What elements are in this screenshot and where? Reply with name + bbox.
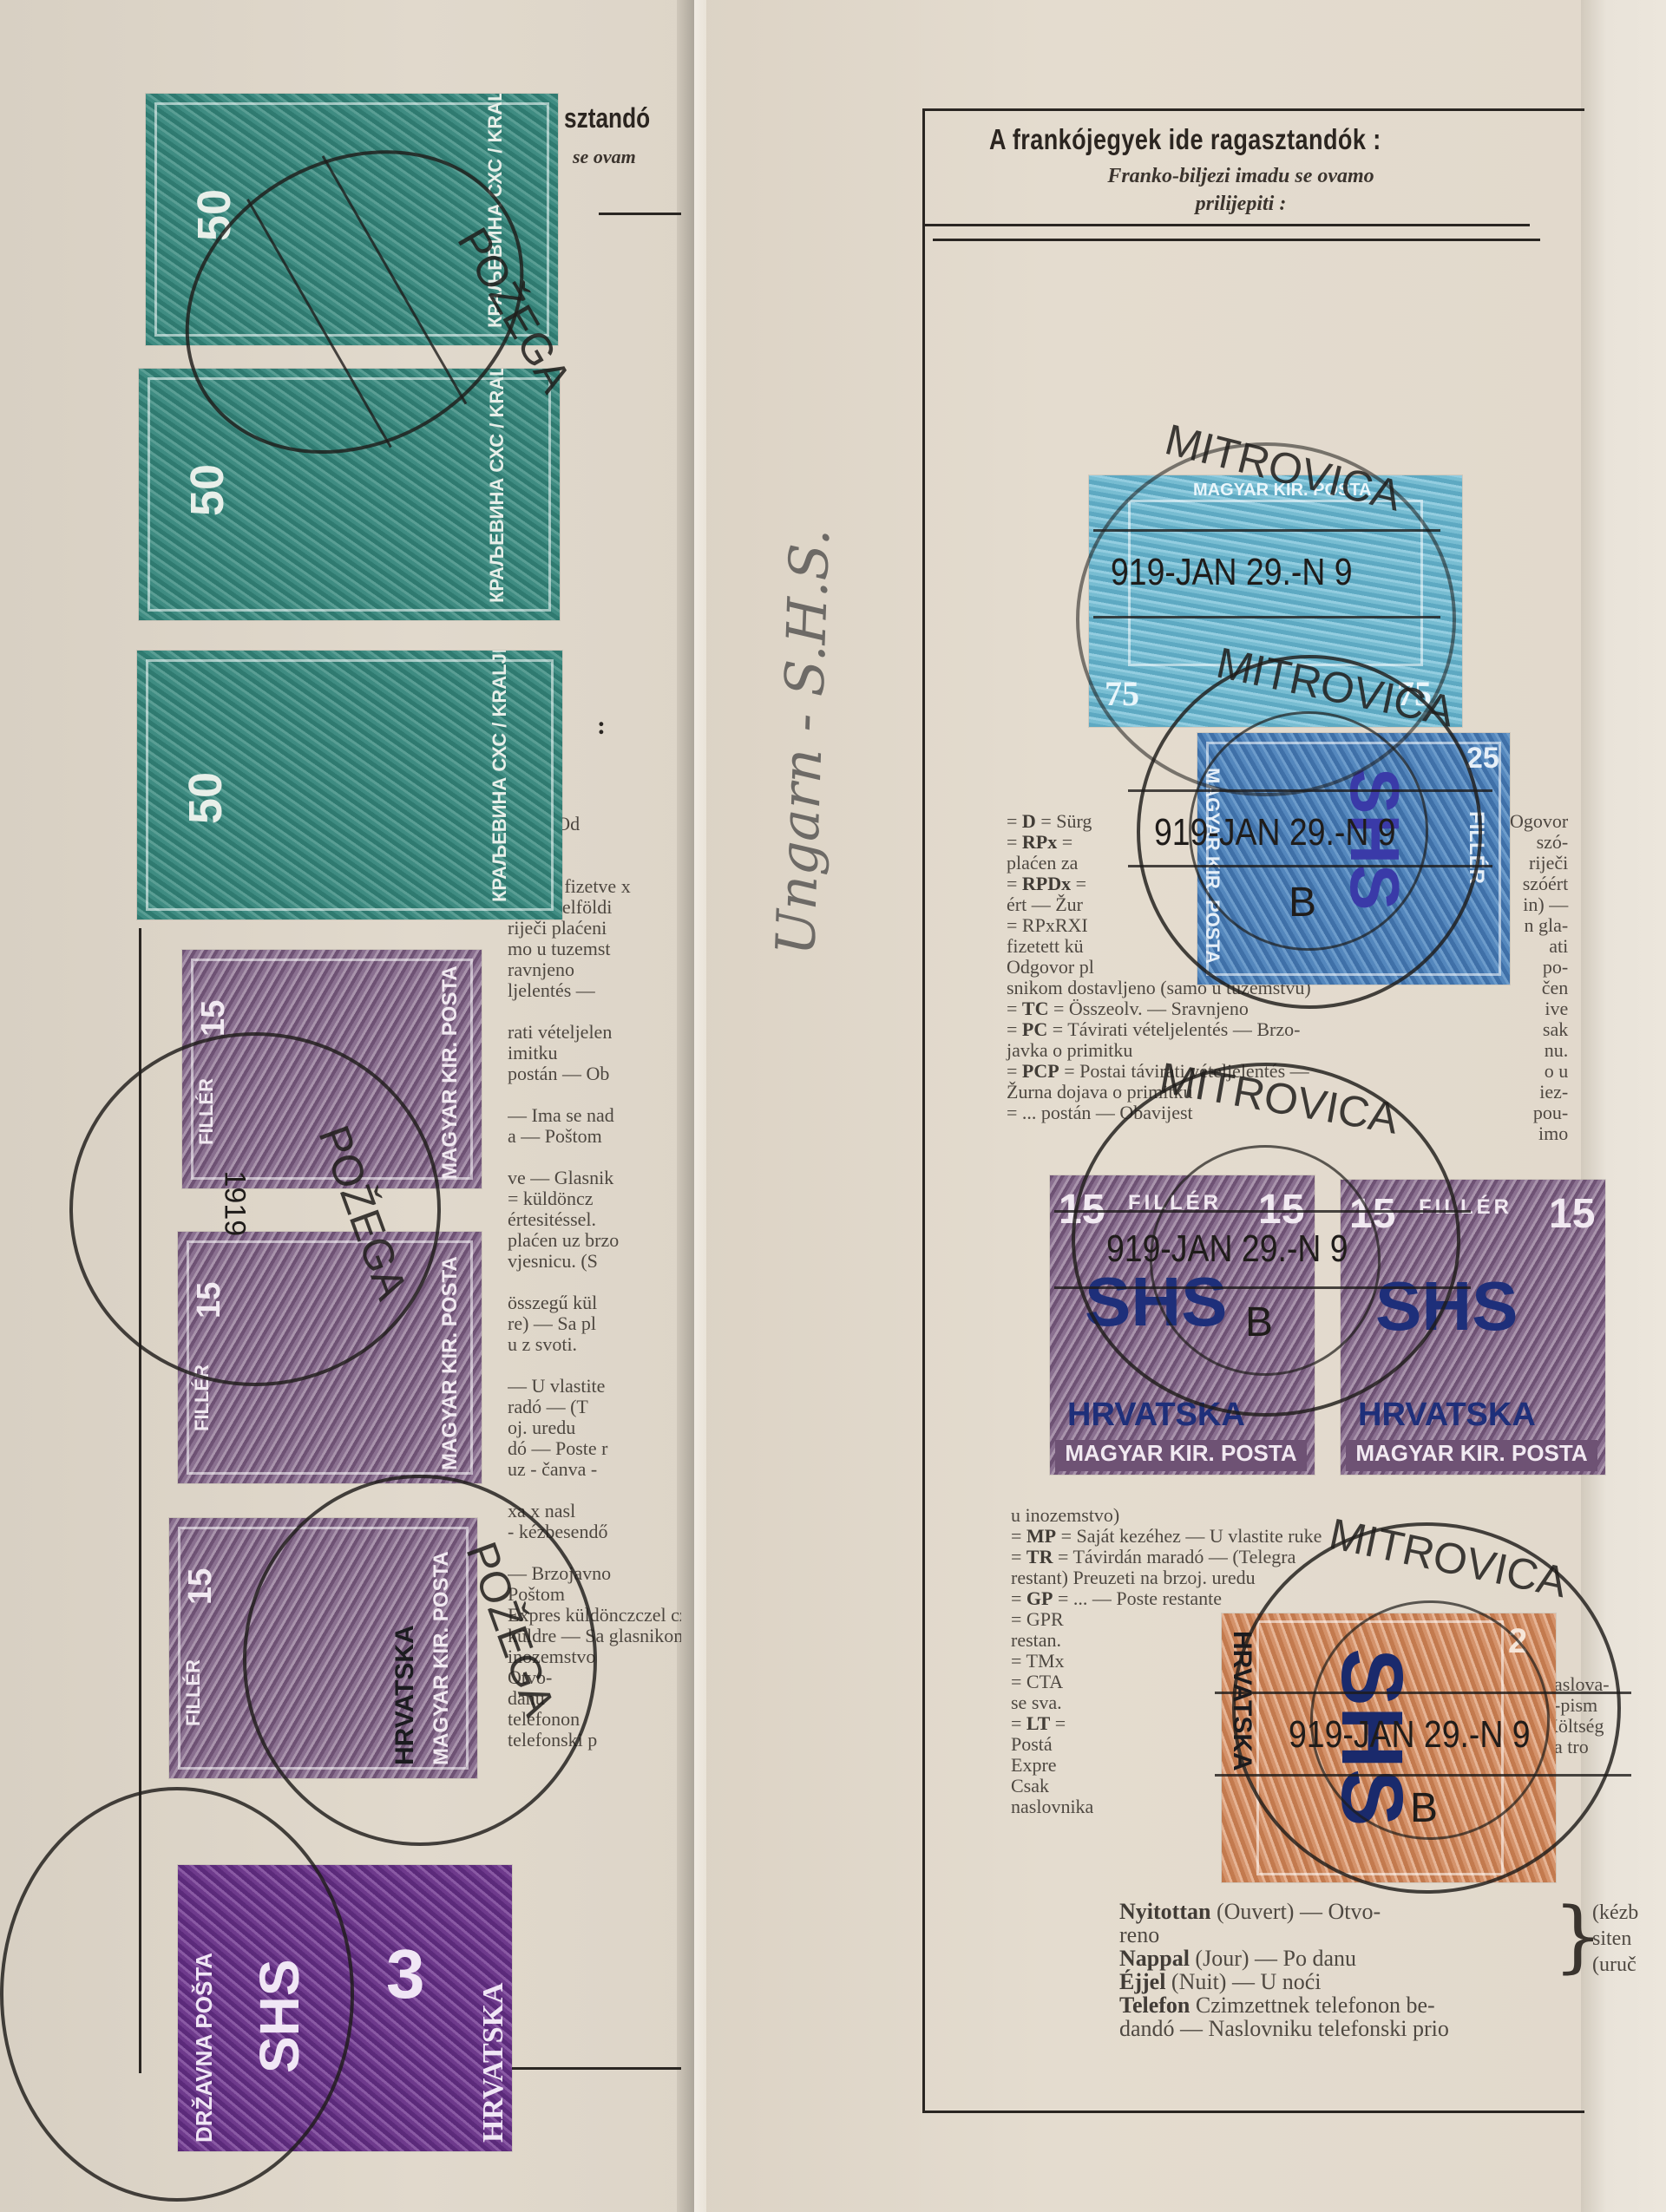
stamp-value: 50 <box>180 464 234 516</box>
stamp-inscription: КРАЉЕВИНА СХС / KRALJEVINA SHS <box>489 651 511 902</box>
legend-line: Telefon Czimzettnek telefonon be- <box>1119 1993 1449 2017</box>
legend-line <box>508 1001 681 1022</box>
legend-line: oj. uredu <box>508 1417 681 1438</box>
stamp-inscription: MAGYAR KIR. POSTA <box>1346 1440 1597 1471</box>
legend-line: — Ima se nad <box>508 1105 681 1126</box>
stamp-value: 3 <box>386 1934 425 2014</box>
stamp-value: 15 <box>195 1000 233 1037</box>
legend-line: Nappal (Jour) — Po danu <box>1119 1947 1449 1970</box>
legend-line <box>508 1272 681 1293</box>
legend-line: riječi <box>1510 853 1568 874</box>
right-legend-right-fragments: Ogovorszó-riječiszóértin) —n gla-atipo-č… <box>1510 811 1568 1144</box>
postmark-mitrovica-2: MITROVICA 919-JAN 29.-N 9 B <box>1119 655 1501 1019</box>
stamp-value: 15 <box>182 1568 220 1605</box>
legend-line: po- <box>1510 957 1568 978</box>
legend-line: mo u tuzemst <box>508 939 681 959</box>
legend-line: imo <box>1510 1123 1568 1144</box>
legend-line: sak <box>1510 1019 1568 1040</box>
legend-line: ati <box>1510 936 1568 957</box>
legend-line: n gla- <box>1510 915 1568 936</box>
right-header-subtitle-1: Franko-biljezi imadu se ovamo <box>998 165 1484 188</box>
stamp-value: 50 <box>179 772 233 824</box>
legend-line <box>508 1147 681 1168</box>
legend-line: összegű kül <box>508 1293 681 1313</box>
legend-line: o u <box>1510 1061 1568 1082</box>
legend-line: (uruč <box>1592 1952 1638 1978</box>
legend-line: javka o primitku <box>1007 1040 1311 1061</box>
legend-line: ive <box>1510 998 1568 1019</box>
stamp-inscription: MAGYAR KIR. POSTA <box>1055 1440 1307 1471</box>
legend-line: riječi plaćeni <box>508 918 681 939</box>
legend-line: — U vlastite <box>508 1376 681 1397</box>
left-form-bottom-rule <box>508 2067 681 2070</box>
legend-line: dó — Poste r <box>508 1438 681 1459</box>
legend-line: ve — Glasnik <box>508 1168 681 1188</box>
legend-line: = PC = Távirati vételjelentés — Brzo- <box>1007 1019 1311 1040</box>
left-header-title: sztandó <box>564 102 650 134</box>
legend-line: Ogovor <box>1510 811 1568 832</box>
legend-line: Éjjel (Nuit) — U noći <box>1119 1970 1449 1993</box>
left-header-subtitle: se ovam <box>573 146 636 168</box>
right-legend-block-3: Nyitottan (Ouvert) — Otvo-renoNappal (Jo… <box>1119 1900 1449 2040</box>
legend-line: rati vételjelen <box>508 1022 681 1043</box>
right-header-subtitle-2: prilijepiti : <box>998 193 1484 216</box>
legend-line: imitku <box>508 1043 681 1063</box>
stamp-denomination: FILLÉR <box>182 1659 205 1726</box>
legend-line: pou- <box>1510 1103 1568 1123</box>
postmark-mitrovica-3: MITROVICA 919-JAN 29.-N 9 B <box>1072 1063 1479 1436</box>
paper-edge <box>694 0 706 2212</box>
legend-line: értesitéssel. <box>508 1209 681 1230</box>
right-header-rule-2 <box>933 239 1540 241</box>
left-colon: : <box>597 711 606 741</box>
postmark-pozega-2: POŽEGA 1919 <box>69 1032 469 1397</box>
right-header-title: A frankójegyek ide ragasztandók : <box>989 123 1381 156</box>
legend-line: u z svoti. <box>508 1334 681 1355</box>
legend-line: szó- <box>1510 832 1568 853</box>
postmark-pozega-4 <box>0 1787 364 2203</box>
legend-line: ravnjeno <box>508 959 681 980</box>
stamp-green-50-3: 50 КРАЉЕВИНА СХС / KRALJEVINA SHS <box>137 651 562 919</box>
stamp-inscription-right: HRVATSKA <box>477 1982 510 2143</box>
legend-line: ljelentés — <box>508 980 681 1001</box>
legend-line <box>508 1084 681 1105</box>
stamp-value-right: 15 <box>1549 1190 1595 1238</box>
left-header-rule <box>599 213 681 215</box>
legend-line: plaćen uz brzo <box>508 1230 681 1251</box>
legend-line: čen <box>1510 978 1568 998</box>
right-brace-labels: (kézbsiten(uruč <box>1592 1900 1638 1978</box>
legend-line: = küldöncz <box>508 1188 681 1209</box>
legend-line: szóért <box>1510 874 1568 894</box>
legend-line: reno <box>1119 1923 1449 1947</box>
legend-line: re) — Sa pl <box>508 1313 681 1334</box>
legend-line <box>508 1355 681 1376</box>
legend-line: vjesnicu. (S <box>508 1251 681 1272</box>
postmark-mitrovica-4: MITROVICA 919-JAN 29.-N 9 B <box>1232 1522 1640 1904</box>
legend-line: dandó — Naslovniku telefonski prio <box>1119 2017 1449 2040</box>
legend-line: nu. <box>1510 1040 1568 1061</box>
legend-line: siten <box>1592 1926 1638 1952</box>
legend-line: in) — <box>1510 894 1568 915</box>
legend-line: iez- <box>1510 1082 1568 1103</box>
legend-line: postán — Ob <box>508 1063 681 1084</box>
right-header-rule <box>922 224 1530 226</box>
legend-line: radó — (T <box>508 1397 681 1417</box>
legend-line: a — Poštom <box>508 1126 681 1147</box>
